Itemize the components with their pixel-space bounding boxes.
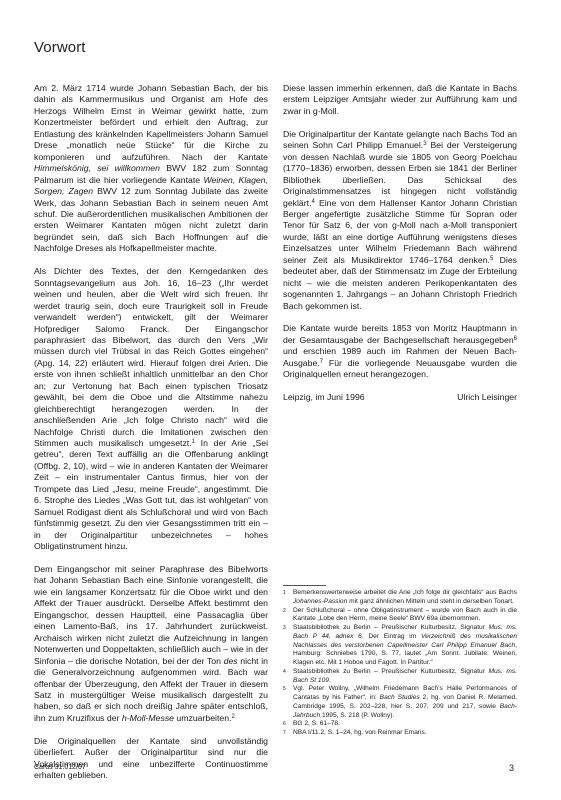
footnote-text: Vgl. Peter Wollny, „Wilhelm Friedemann B… [293, 685, 517, 720]
footnote-text: BG 2, S. 61–78. [293, 720, 517, 729]
footnote: 5Vgl. Peter Wollny, „Wilhelm Friedemann … [283, 685, 517, 720]
page-number: 3 [509, 763, 514, 773]
footnote-divider [283, 585, 326, 586]
paragraph: Am 2. März 1714 wurde Johann Sebastian B… [34, 83, 268, 255]
footnote-number: 4 [283, 668, 293, 686]
footnote-number: 2 [283, 607, 293, 625]
footnote: 2Der Schlußchoral – ohne Obligatinstrume… [283, 607, 517, 625]
footnote: 7NBA I/11.2, S. 1–24, hg. von Reinmar Em… [283, 729, 517, 738]
paragraph: Die Originalquellen der Kantate sind unv… [34, 736, 268, 782]
place-date: Leipzig, im Juni 1996 [283, 392, 365, 403]
footnote-text: Der Schlußchoral – ohne Obligatinstrumen… [293, 607, 517, 625]
left-column: Am 2. März 1714 wurde Johann Sebastian B… [34, 83, 268, 793]
author-name: Ulrich Leisinger [457, 392, 517, 403]
paragraph: Die Originalpartitur der Kantate gelangt… [283, 129, 517, 312]
footnote-number: 1 [283, 589, 293, 607]
footnote: 4Staatsbibliothek zu Berlin – Preußische… [283, 668, 517, 686]
footnote-text: Bemerkenswerterweise arbeitet die Arie „… [293, 589, 517, 607]
footnote-text: Staatsbibliothek zu Berlin – Preußischer… [293, 624, 517, 668]
footnote-text: NBA I/11.2, S. 1–24, hg. von Reinmar Ema… [293, 729, 517, 738]
paragraph: Diese lassen immerhin erkennen, daß die … [283, 83, 517, 117]
footnote-number: 7 [283, 729, 293, 738]
footnote-reference: 2 [231, 714, 234, 720]
page-title: Vorwort [34, 39, 86, 56]
paragraph: Die Kantate wurde bereits 1853 von Morit… [283, 323, 517, 380]
footnote-reference: 6 [514, 336, 517, 342]
footnote: 3Staatsbibliothek zu Berlin – Preußische… [283, 624, 517, 668]
footnote-number: 5 [283, 685, 293, 720]
signature-line: Leipzig, im Juni 1996 Ulrich Leisinger [283, 392, 517, 403]
footnote: 6BG 2, S. 61–78. [283, 720, 517, 729]
footnotes: 1Bemerkenswerterweise arbeitet die Arie … [283, 589, 517, 738]
footnote-number: 6 [283, 720, 293, 729]
footnote-number: 3 [283, 624, 293, 668]
right-column: Diese lassen immerhin erkennen, daß die … [283, 83, 517, 415]
paragraph: Dem Eingangschor mit seiner Paraphrase d… [34, 564, 268, 724]
catalog-number: Carus 31.012/07 [34, 764, 86, 771]
paragraph: Als Dichter des Textes, der den Kerngeda… [34, 266, 268, 552]
footnote: 1Bemerkenswerterweise arbeitet die Arie … [283, 589, 517, 607]
footnote-text: Staatsbibliothek zu Berlin – Preußischer… [293, 668, 517, 686]
